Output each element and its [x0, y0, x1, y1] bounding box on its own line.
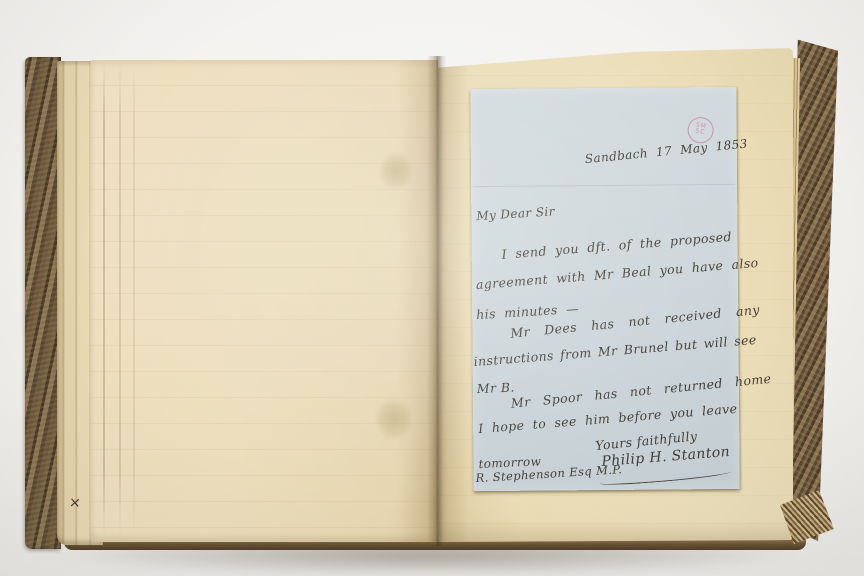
pencil-x-mark: × [68, 495, 81, 512]
book-gutter [427, 56, 447, 546]
handwritten-body-line: I send you dft. of the proposed [501, 229, 732, 262]
marbled-cover-left-edge [25, 57, 61, 549]
album-left-page [90, 60, 438, 542]
handwritten-body-line: Mr B. [477, 379, 516, 396]
album-right-page: SM SC Sandbach 17 May 1853 My Dear Sir I… [437, 48, 793, 542]
letter-fold-crease [473, 184, 735, 187]
handwritten-salutation: My Dear Sir [476, 204, 555, 223]
page-fold-line-2 [119, 64, 121, 536]
handwritten-body-line: his minutes — [476, 301, 580, 322]
handwritten-dateline: Sandbach 17 May 1853 [584, 137, 748, 167]
page-fold-line-1 [103, 64, 105, 536]
left-page-ruled-lines [90, 60, 438, 542]
pasted-letter: SM SC Sandbach 17 May 1853 My Dear Sir I… [470, 87, 739, 491]
page-fold-line-3 [133, 64, 135, 536]
right-page-bottom-shading [437, 520, 793, 542]
photograph-open-album: × SM SC Sandbach 17 May 1853 My Dear Sir… [0, 0, 864, 576]
